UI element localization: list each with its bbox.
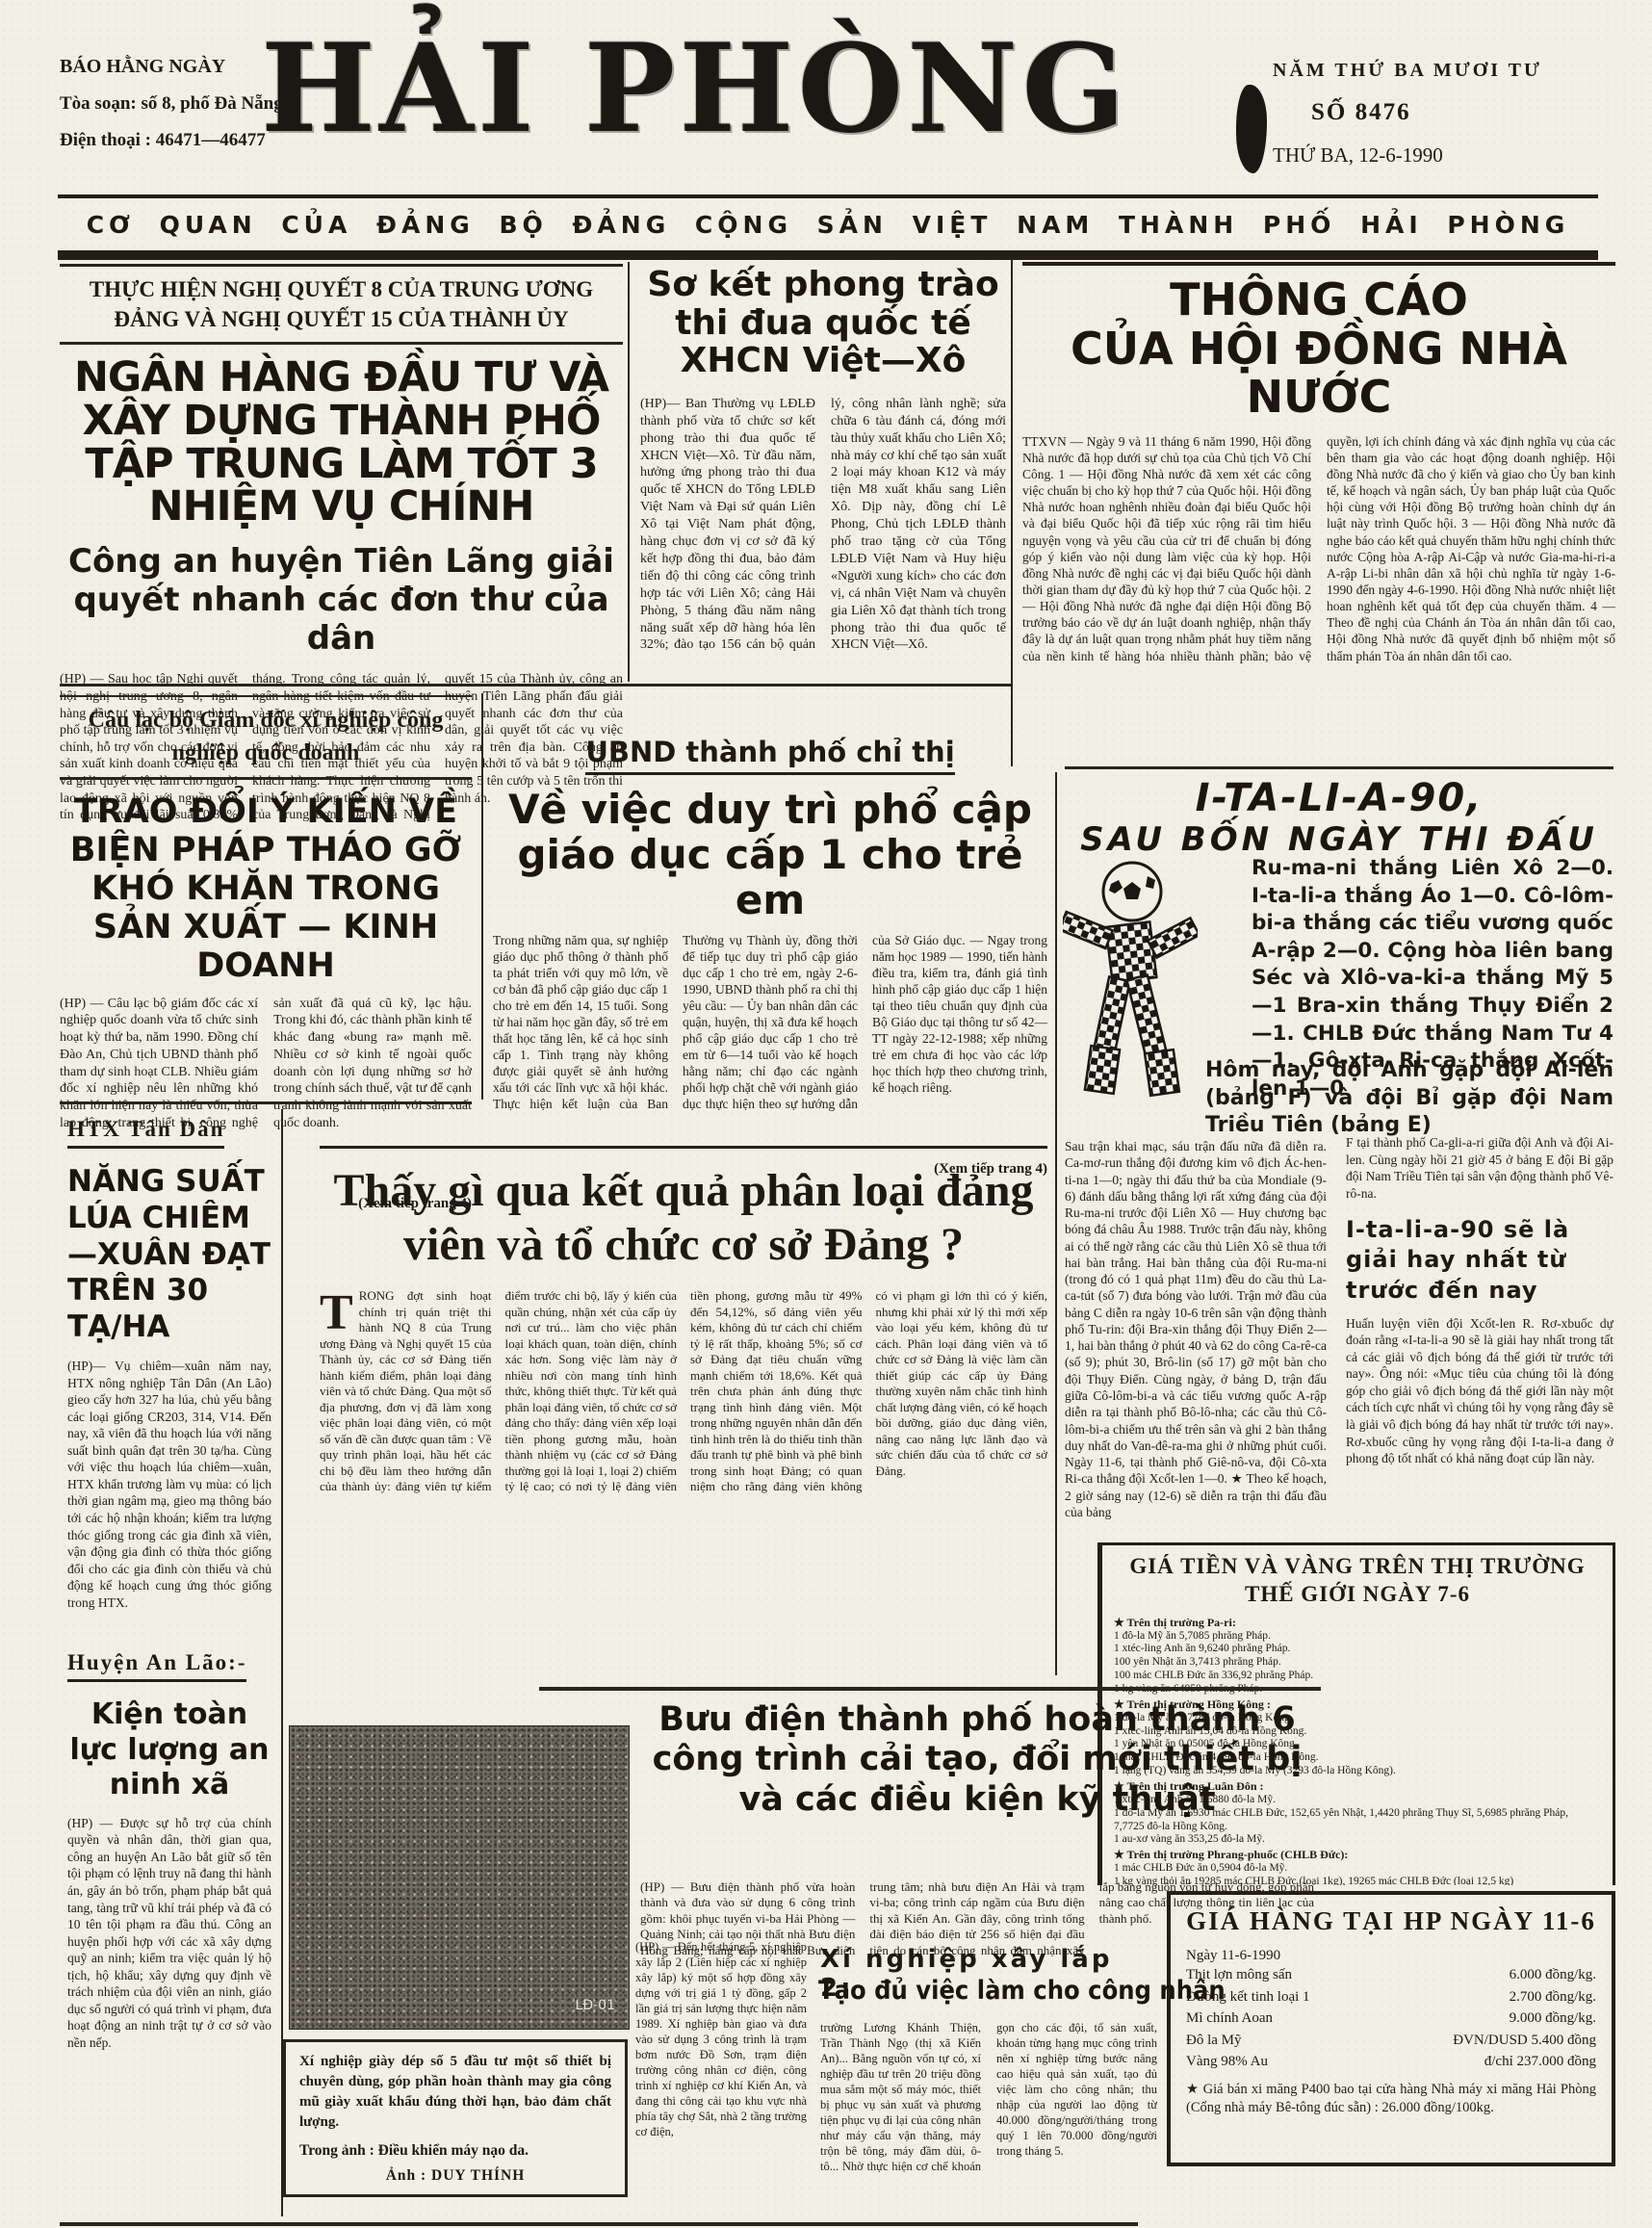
price-line: 1 xtéc-ling Anh ăn 9,6240 phrăng Pháp. — [1114, 1643, 1601, 1656]
ink-blot — [1236, 85, 1267, 173]
article-htx-headline: NĂNG SUẤT LÚA CHIÊM—XUÂN ĐẠT TRÊN 30 TẠ/… — [67, 1164, 271, 1346]
party-body-text: RONG đợt sinh hoạt chính trị quán triệt … — [320, 1288, 1047, 1493]
price-section-header: ★ Trên thị trường Phrang-phuốc (CHLB Đức… — [1114, 1847, 1601, 1862]
italia90-report-col2-body: Huấn luyện viên đội Xcốt-len R. Rơ-xbuốc… — [1346, 1315, 1613, 1467]
section-rule — [1065, 766, 1613, 769]
price-line: 100 yên Nhật ăn 3,7413 phrăng Pháp. — [1114, 1656, 1601, 1670]
article-italia90: I-TA-LI-A-90, SAU BỐN NGÀY THI ĐẤU — [1065, 778, 1613, 858]
photo-shoe-factory: LĐ-01 — [289, 1725, 630, 2030]
photo-label: LĐ-01 — [575, 1998, 615, 2013]
article-education-body: Trong những năm qua, sự nghiệp giáo dục … — [493, 932, 1047, 1161]
italia90-headline-1: I-TA-LI-A-90, — [1065, 778, 1613, 818]
article-party-headline: Thấy gì qua kết quả phân loại đảng viên … — [320, 1164, 1047, 1271]
hp-price-row: Mì chính Aoan 9.000 đồng/kg. — [1186, 2008, 1596, 2030]
price-section-header: ★ Trên thị trường Pa-ri: — [1114, 1615, 1601, 1630]
article-xaylap-body: trường Lương Khánh Thiện, Trần Thành Ngọ… — [820, 2020, 1157, 2218]
article-bank-subhead: Công an huyện Tiên Lãng giải quyết nhanh… — [60, 542, 623, 658]
communique-headline-2: CỦA HỘI ĐỒNG NHÀ NƯỚC — [1022, 324, 1615, 422]
world-price-title: GIÁ TIỀN VÀ VÀNG TRÊN THỊ TRƯỜNG THẾ GIỚ… — [1114, 1553, 1601, 1609]
section-rule — [60, 684, 1011, 687]
price-line: 1 mác CHLB Đức ăn 0,5904 đô-la Mỹ. — [1114, 1862, 1601, 1876]
italia90-headline-2: SAU BỐN NGÀY THI ĐẤU — [1065, 822, 1613, 858]
date-line: THỨ BA, 12-6-1990 — [1273, 143, 1619, 168]
item-price: 2.700 đồng/kg. — [1510, 1986, 1596, 2008]
article-xaylap-body-col1: (HP) — Đến hết tháng 5, xí nghiệp xây lắ… — [635, 1939, 807, 2220]
article-bank-headline: NGÂN HÀNG ĐẦU TƯ VÀ XÂY DỰNG THÀNH PHỐ T… — [60, 356, 623, 529]
article-communique-body: TTXVN — Ngày 9 và 11 tháng 6 năm 1990, H… — [1022, 433, 1615, 772]
article-postal-headline: Bưu điện thành phố hoàn thành 6 công trì… — [640, 1700, 1314, 1820]
article-education-kicker: UBND thành phố chỉ thị — [585, 736, 954, 775]
article-emulation: Sơ kết phong trào thi đua quốc tế XHCN V… — [640, 266, 1006, 713]
article-education-headline: Về việc duy trì phổ cập giáo dục cấp 1 c… — [493, 787, 1047, 922]
article-anlao-headline: Kiện toàn lực lượng an ninh xã — [67, 1697, 271, 1803]
article-bank-kicker: THỰC HIỆN NGHỊ QUYẾT 8 CỦA TRUNG ƯƠNG ĐẢ… — [60, 264, 623, 345]
organ-line: CƠ QUAN CỦA ĐẢNG BỘ ĐẢNG CỘNG SẢN VIỆT N… — [87, 211, 1570, 239]
article-emulation-body: (HP)— Ban Thường vụ LĐLĐ thành phố vừa t… — [640, 396, 1006, 713]
hp-price-note: ★ Giá bán xi măng P400 bao tại cửa hàng … — [1186, 2081, 1596, 2117]
article-education: UBND thành phố chỉ thị Về việc duy trì p… — [493, 736, 1047, 1178]
price-line: 1 au-xơ vàng ăn 353,25 đô-la Mỹ. — [1114, 1833, 1601, 1847]
item-name: Đô la Mỹ — [1186, 2030, 1242, 2052]
column-rule — [481, 693, 483, 1100]
hp-price-row: Đô la Mỹ ĐVN/DUSD 5.400 đồng — [1186, 2030, 1596, 2052]
article-xaylap-headline: Tạo đủ việc làm cho công nhân — [818, 1976, 1130, 2006]
article-htx-kicker: HTX Tân Dân — [67, 1117, 224, 1149]
item-price: đ/chỉ 237.000 đồng — [1484, 2051, 1596, 2073]
article-anlao-kicker: Huyện An Lão:- — [67, 1650, 246, 1682]
article-party: Thấy gì qua kết quả phân loại đảng viên … — [320, 1146, 1047, 1702]
item-price: 9.000 đồng/kg. — [1510, 2008, 1596, 2030]
article-anlao: Huyện An Lão:- Kiện toàn lực lượng an ni… — [67, 1650, 271, 2051]
italia90-subheadline: I-ta-li-a-90 sẽ là giải hay nhất từ trướ… — [1346, 1215, 1613, 1306]
article-communique: THÔNG CÁO CỦA HỘI ĐỒNG NHÀ NƯỚC TTXVN — … — [1022, 262, 1615, 772]
article-party-body: TRONG đợt sinh hoạt chính trị quán triệt… — [320, 1288, 1047, 1702]
article-club-kicker: Câu lạc bộ Giám đốc xí nghiệp công nghiệ… — [60, 695, 472, 780]
party-dropcap: T — [320, 1288, 359, 1334]
article-anlao-body: (HP) — Được sự hỗ trợ của chính quyền và… — [67, 1815, 271, 2052]
italia90-report-col2: F tại thành phố Ca-gli-a-ri giữa đội Anh… — [1346, 1134, 1613, 1467]
column-rule — [1011, 260, 1013, 766]
article-htx-body: (HP)— Vụ chiêm—xuân năm nay, HTX nông ng… — [67, 1358, 271, 1611]
year-label: NĂM THỨ BA MƯƠI TƯ — [1273, 60, 1619, 82]
photo-credit: Ảnh : DUY THÍNH — [299, 2167, 611, 2185]
item-name: Mì chính Aoan — [1186, 2008, 1273, 2030]
item-name: Vàng 98% Au — [1186, 2051, 1268, 2073]
italia90-today-lead: Hôm nay, đội Anh gặp đội Ai-len (bảng F)… — [1205, 1057, 1613, 1140]
masthead-issue-info: NĂM THỨ BA MƯƠI TƯ SỐ 8476 THỨ BA, 12-6-… — [1273, 60, 1619, 168]
article-htx: HTX Tân Dân NĂNG SUẤT LÚA CHIÊM—XUÂN ĐẠT… — [67, 1117, 271, 1611]
article-club-headline: TRAO ĐỔI Ý KIẾN VỀ BIỆN PHÁP THÁO GỠ KHÓ… — [60, 793, 472, 985]
photo-caption: Xí nghiệp giày dép số 5 đầu tư một số th… — [299, 2052, 611, 2133]
italia90-report-col2-intro: F tại thành phố Ca-gli-a-ri giữa đội Anh… — [1346, 1134, 1613, 1202]
newspaper-page: BÁO HẰNG NGÀY Tòa soạn: số 8, phố Đà Nẵn… — [0, 0, 1652, 2228]
photo-caption-box: Xí nghiệp giày dép số 5 đầu tư một số th… — [283, 2039, 628, 2197]
column-rule — [1055, 772, 1057, 1675]
article-emulation-headline: Sơ kết phong trào thi đua quốc tế XHCN V… — [640, 266, 1006, 380]
price-line: 1 đô-la Mỹ ăn 5,7085 phrăng Pháp. — [1114, 1630, 1601, 1644]
newspaper-title: HẢI PHÒNG — [252, 25, 1138, 152]
communique-headline-1: THÔNG CÁO — [1022, 275, 1615, 324]
bottom-rule — [60, 2222, 1138, 2226]
section-rule — [539, 1687, 1321, 1691]
item-price: ĐVN/DUSD 5.400 đồng — [1453, 2030, 1596, 2052]
italia90-mascot-illustration — [1063, 857, 1198, 1103]
price-line: 100 mác CHLB Đức ăn 336,92 phrăng Pháp. — [1114, 1670, 1601, 1683]
section-rule — [60, 1101, 472, 1104]
column-rule — [628, 262, 630, 682]
italia90-report-col1: Sau trận khai mạc, sáu trận đấu nữa đã d… — [1065, 1138, 1327, 1542]
item-price: 6.000 đồng/kg. — [1510, 1964, 1596, 1986]
photo-in-photo: Trong ảnh : Điều khiển máy nạo da. — [299, 2142, 611, 2160]
hp-price-row: Vàng 98% Au đ/chỉ 237.000 đồng — [1186, 2051, 1596, 2073]
issue-number: SỐ 8476 — [1311, 99, 1619, 126]
organ-banner: CƠ QUAN CỦA ĐẢNG BỘ ĐẢNG CỘNG SẢN VIỆT N… — [58, 194, 1598, 260]
